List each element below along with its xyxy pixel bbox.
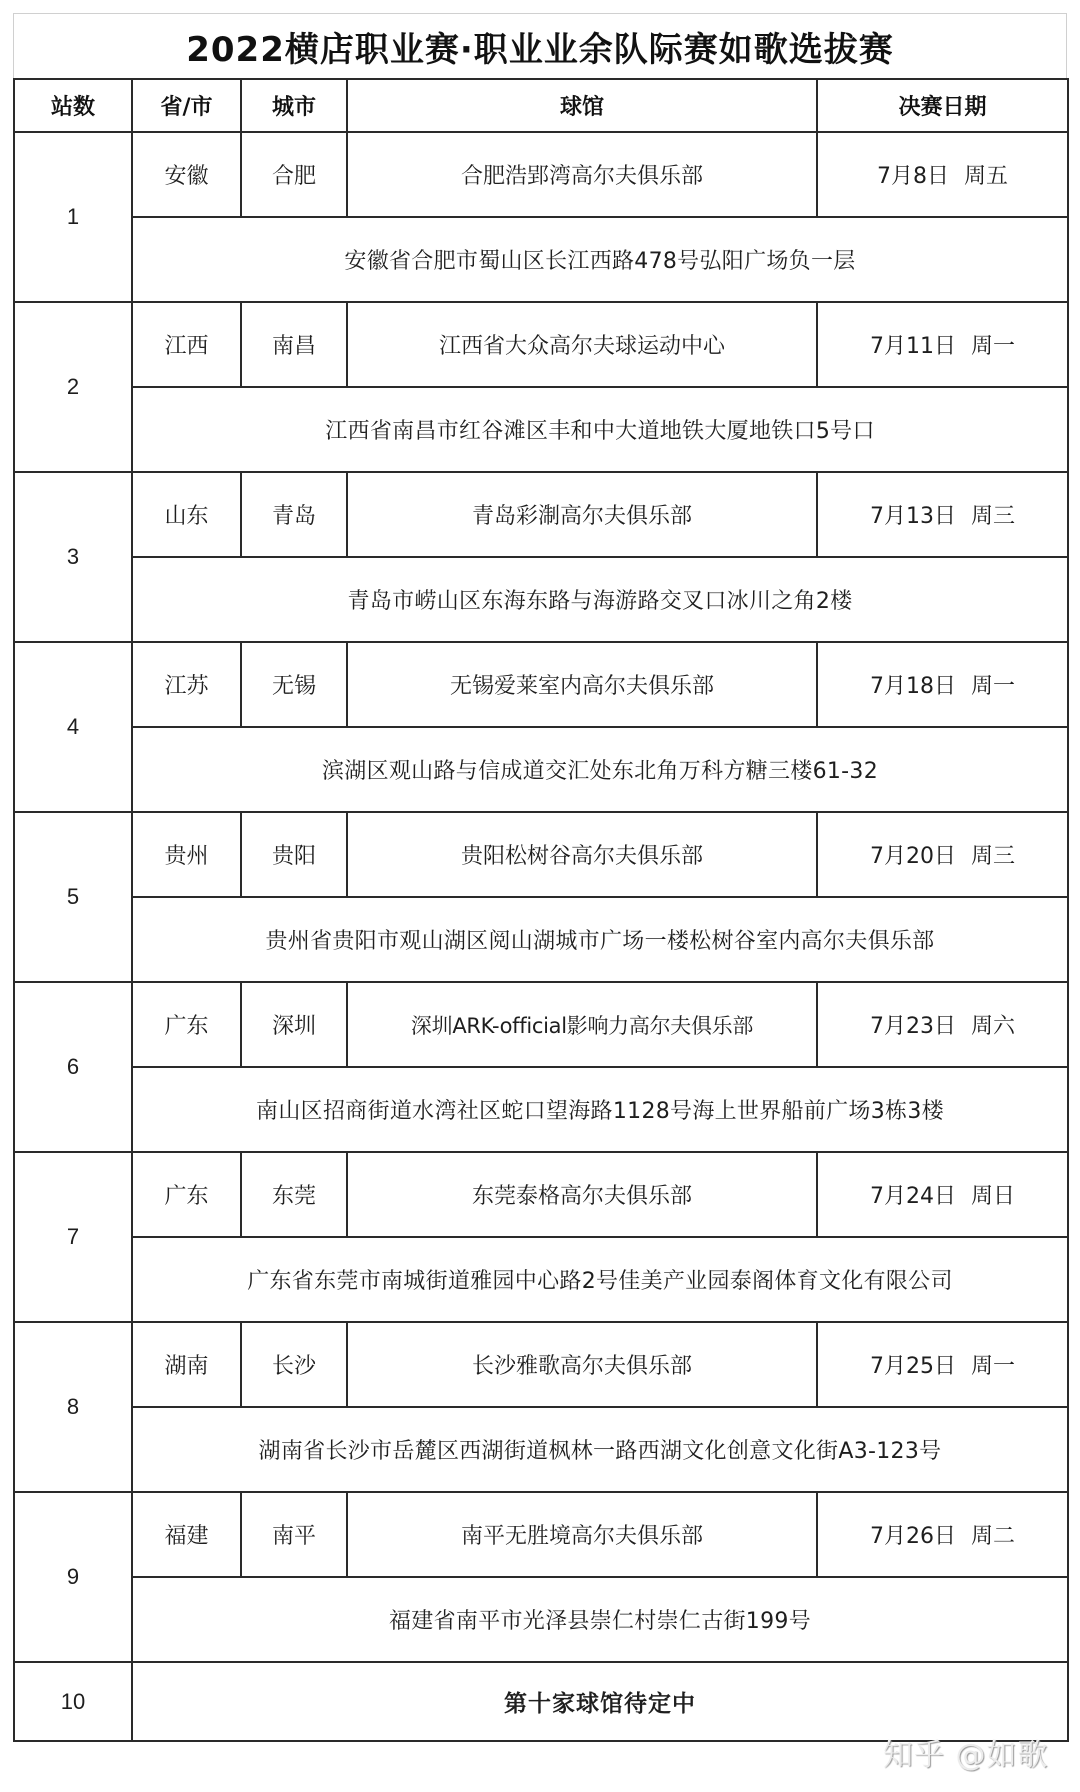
- date-cell: 7月18日 周一: [817, 642, 1068, 727]
- province-cell: 福建: [132, 1492, 241, 1577]
- address-cell: 广东省东莞市南城街道雅园中心路2号佳美产业园泰阁体育文化有限公司: [132, 1237, 1068, 1322]
- header-station: 站数: [14, 79, 132, 132]
- date-cell: 7月25日 周一: [817, 1322, 1068, 1407]
- province-cell: 安徽: [132, 132, 241, 217]
- city-cell: 南昌: [241, 302, 347, 387]
- city-cell: 南平: [241, 1492, 347, 1577]
- address-cell: 湖南省长沙市岳麓区西湖街道枫林一路西湖文化创意文化街A3-123号: [132, 1407, 1068, 1492]
- address-row: 南山区招商街道水湾社区蛇口望海路1128号海上世界船前广场3栋3楼: [14, 1067, 1068, 1152]
- date-cell: 7月13日 周三: [817, 472, 1068, 557]
- table-row: 2 江西 南昌 江西省大众高尔夫球运动中心 7月11日 周一: [14, 302, 1068, 387]
- page-title: 2022横店职业赛·职业业余队际赛如歌选拔赛: [13, 13, 1067, 78]
- table-row: 9 福建 南平 南平无胜境高尔夫俱乐部 7月26日 周二: [14, 1492, 1068, 1577]
- city-cell: 贵阳: [241, 812, 347, 897]
- address-row: 滨湖区观山路与信成道交汇处东北角万科方糖三楼61-32: [14, 727, 1068, 812]
- address-cell: 安徽省合肥市蜀山区长江西路478号弘阳广场负一层: [132, 217, 1068, 302]
- station-number: 4: [14, 642, 132, 812]
- venue-cell: 青岛彩淛高尔夫俱乐部: [347, 472, 817, 557]
- header-city: 城市: [241, 79, 347, 132]
- province-cell: 贵州: [132, 812, 241, 897]
- table-row: 8 湖南 长沙 长沙雅歌高尔夫俱乐部 7月25日 周一: [14, 1322, 1068, 1407]
- address-row: 江西省南昌市红谷滩区丰和中大道地铁大厦地铁口5号口: [14, 387, 1068, 472]
- station-number: 2: [14, 302, 132, 472]
- header-row: 站数 省/市 城市 球馆 决赛日期: [14, 79, 1068, 132]
- date-cell: 7月8日 周五: [817, 132, 1068, 217]
- date-cell: 7月20日 周三: [817, 812, 1068, 897]
- table-row: 1 安徽 合肥 合肥浩郢湾高尔夫俱乐部 7月8日 周五: [14, 132, 1068, 217]
- venue-cell: 深圳ARK-official影响力高尔夫俱乐部: [347, 982, 817, 1067]
- header-date: 决赛日期: [817, 79, 1068, 132]
- address-row: 贵州省贵阳市观山湖区阅山湖城市广场一楼松树谷室内高尔夫俱乐部: [14, 897, 1068, 982]
- venue-cell: 长沙雅歌高尔夫俱乐部: [347, 1322, 817, 1407]
- city-cell: 无锡: [241, 642, 347, 727]
- station-number: 9: [14, 1492, 132, 1662]
- table-row: 6 广东 深圳 深圳ARK-official影响力高尔夫俱乐部 7月23日 周六: [14, 982, 1068, 1067]
- station-number: 3: [14, 472, 132, 642]
- province-cell: 山东: [132, 472, 241, 557]
- city-cell: 青岛: [241, 472, 347, 557]
- address-cell: 贵州省贵阳市观山湖区阅山湖城市广场一楼松树谷室内高尔夫俱乐部: [132, 897, 1068, 982]
- venue-cell: 无锡爱莱室内高尔夫俱乐部: [347, 642, 817, 727]
- province-cell: 江苏: [132, 642, 241, 727]
- date-cell: 7月11日 周一: [817, 302, 1068, 387]
- station-number: 10: [14, 1662, 132, 1741]
- schedule-table: 站数 省/市 城市 球馆 决赛日期 1 安徽 合肥 合肥浩郢湾高尔夫俱乐部 7月…: [13, 78, 1069, 1742]
- table-row: 7 广东 东莞 东莞泰格高尔夫俱乐部 7月24日 周日: [14, 1152, 1068, 1237]
- city-cell: 长沙: [241, 1322, 347, 1407]
- station-number: 5: [14, 812, 132, 982]
- address-row: 广东省东莞市南城街道雅园中心路2号佳美产业园泰阁体育文化有限公司: [14, 1237, 1068, 1322]
- venue-cell: 合肥浩郢湾高尔夫俱乐部: [347, 132, 817, 217]
- address-row: 青岛市崂山区东海东路与海游路交叉口冰川之角2楼: [14, 557, 1068, 642]
- city-cell: 深圳: [241, 982, 347, 1067]
- address-row: 安徽省合肥市蜀山区长江西路478号弘阳广场负一层: [14, 217, 1068, 302]
- venue-cell: 江西省大众高尔夫球运动中心: [347, 302, 817, 387]
- address-row: 福建省南平市光泽县崇仁村崇仁古街199号: [14, 1577, 1068, 1662]
- address-row: 湖南省长沙市岳麓区西湖街道枫林一路西湖文化创意文化街A3-123号: [14, 1407, 1068, 1492]
- station-number: 8: [14, 1322, 132, 1492]
- venue-cell: 南平无胜境高尔夫俱乐部: [347, 1492, 817, 1577]
- station-number: 6: [14, 982, 132, 1152]
- address-cell: 南山区招商街道水湾社区蛇口望海路1128号海上世界船前广场3栋3楼: [132, 1067, 1068, 1152]
- address-cell: 青岛市崂山区东海东路与海游路交叉口冰川之角2楼: [132, 557, 1068, 642]
- station-number: 1: [14, 132, 132, 302]
- station-number: 7: [14, 1152, 132, 1322]
- table-row: 5 贵州 贵阳 贵阳松树谷高尔夫俱乐部 7月20日 周三: [14, 812, 1068, 897]
- province-cell: 广东: [132, 1152, 241, 1237]
- header-province: 省/市: [132, 79, 241, 132]
- watermark: 知乎 @如歌: [883, 1730, 1049, 1774]
- date-cell: 7月24日 周日: [817, 1152, 1068, 1237]
- header-venue: 球馆: [347, 79, 817, 132]
- province-cell: 江西: [132, 302, 241, 387]
- venue-cell: 贵阳松树谷高尔夫俱乐部: [347, 812, 817, 897]
- address-cell: 滨湖区观山路与信成道交汇处东北角万科方糖三楼61-32: [132, 727, 1068, 812]
- province-cell: 广东: [132, 982, 241, 1067]
- city-cell: 合肥: [241, 132, 347, 217]
- date-cell: 7月26日 周二: [817, 1492, 1068, 1577]
- address-cell: 江西省南昌市红谷滩区丰和中大道地铁大厦地铁口5号口: [132, 387, 1068, 472]
- table-row: 3 山东 青岛 青岛彩淛高尔夫俱乐部 7月13日 周三: [14, 472, 1068, 557]
- province-cell: 湖南: [132, 1322, 241, 1407]
- address-cell: 福建省南平市光泽县崇仁村崇仁古街199号: [132, 1577, 1068, 1662]
- date-cell: 7月23日 周六: [817, 982, 1068, 1067]
- table-row: 4 江苏 无锡 无锡爱莱室内高尔夫俱乐部 7月18日 周一: [14, 642, 1068, 727]
- city-cell: 东莞: [241, 1152, 347, 1237]
- venue-cell: 东莞泰格高尔夫俱乐部: [347, 1152, 817, 1237]
